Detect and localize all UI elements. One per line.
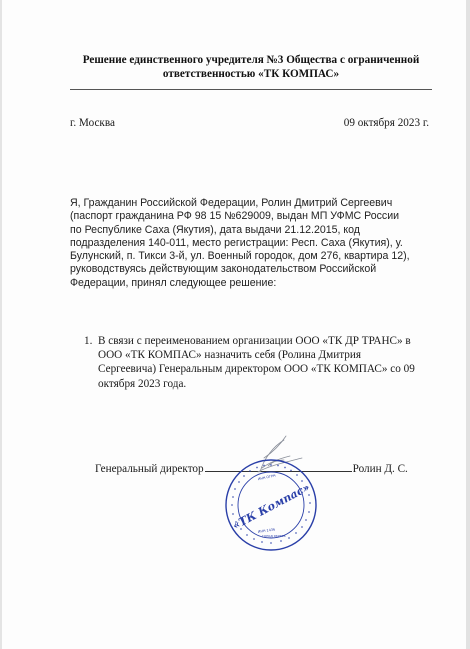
document-page: Решение единственного учредителя №3 Обще… [0, 0, 470, 649]
title-line-1: Решение единственного учредителя №3 Обще… [70, 53, 432, 67]
decision-list: 1. В связи с переименованием организации… [84, 334, 419, 391]
signatory-name: Ролин Д. С. [353, 463, 408, 475]
decision-number: 1. [84, 334, 92, 348]
decision-item: 1. В связи с переименованием организации… [84, 334, 419, 391]
document-date: 09 октября 2023 г. [344, 117, 429, 129]
svg-text:ИНН 1436: ИНН 1436 [258, 527, 276, 533]
title-divider [70, 89, 432, 90]
title-line-2: ответственностью «ТК КОМПАС» [70, 67, 432, 81]
document-place: г. Москва [70, 117, 115, 129]
company-stamp-icon: ИНН ОГРН ИНН 1436 ГОРОД ЯКУТСК «ТК Компа… [224, 428, 319, 553]
decision-text: В связи с переименованием организации ОО… [98, 335, 415, 390]
document-title: Решение единственного учредителя №3 Обще… [70, 53, 432, 81]
signatory-position: Генеральный директор [95, 463, 204, 475]
preamble-paragraph: Я, Гражданин Российской Федерации, Ролин… [70, 197, 410, 290]
svg-text:ИНН ОГРН: ИНН ОГРН [258, 473, 277, 481]
svg-text:ГОРОД ЯКУТСК: ГОРОД ЯКУТСК [262, 534, 287, 538]
